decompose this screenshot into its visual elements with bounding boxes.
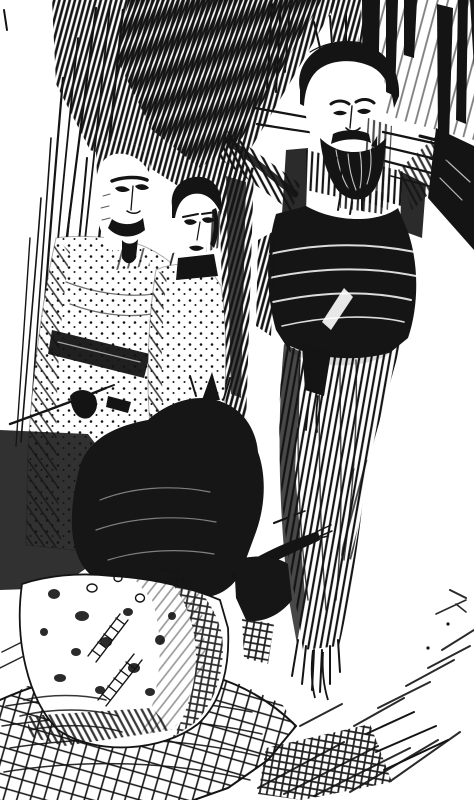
ink-illustration [0, 0, 474, 800]
left-shoulder [282, 148, 308, 214]
striped-collar [306, 150, 342, 198]
collar [176, 254, 218, 280]
illustration-page [0, 0, 474, 800]
rope-bound-torso [268, 206, 416, 365]
young-man-head [172, 177, 222, 280]
